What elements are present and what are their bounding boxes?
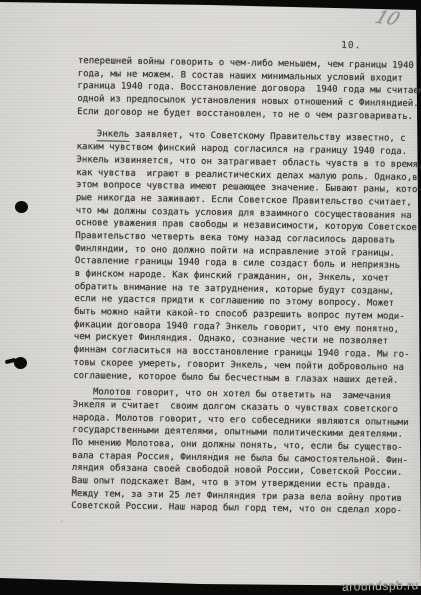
underlined-speaker-name: Молотов [93, 387, 131, 399]
punch-hole-icon [14, 357, 27, 369]
paragraph: Энкель заявляет, что Советскому Правител… [73, 128, 415, 387]
underlined-speaker-name: Энкель [97, 130, 130, 142]
watermark: aroundspb.ru [342, 578, 419, 594]
typed-content: 10. теперешней войны говорить о чем-либо… [0, 0, 421, 595]
page-number: 10. [341, 40, 361, 51]
punch-hole-icon [15, 201, 28, 213]
text-block: теперешней войны говорить о чем-либо мен… [71, 55, 416, 518]
paragraph: Молотов говорит, что он хотел бы ответит… [71, 386, 411, 518]
scanned-document: 10. теперешней войны говорить о чем-либо… [0, 0, 421, 595]
paragraph: теперешней войны говорить о чем-либо мен… [77, 55, 416, 123]
